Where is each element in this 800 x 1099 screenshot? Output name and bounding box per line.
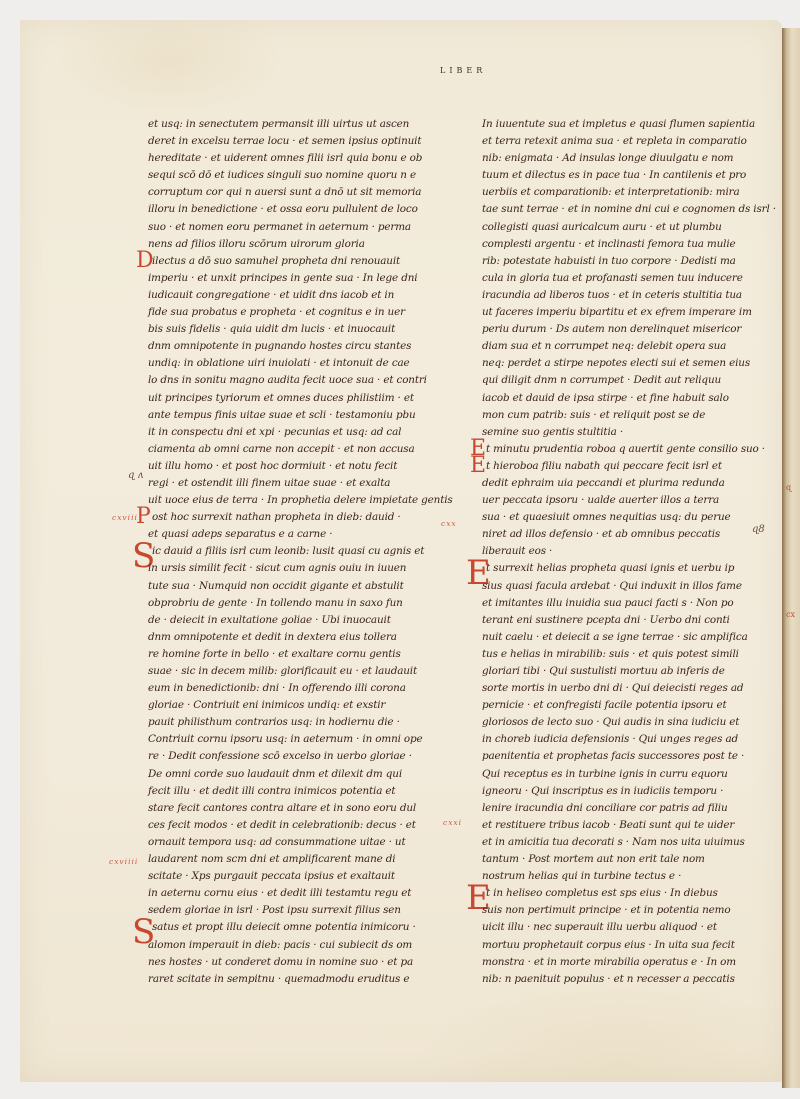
line-text: in ursis similit fecit · sicut cum agnis… (148, 562, 406, 574)
line-text: et imitantes illu inuidia sua pauci fact… (482, 597, 733, 609)
manuscript-line: monstra · et in morte mirabilia operatus… (482, 954, 787, 971)
manuscript-line: in ursis similit fecit · sicut cum agnis… (148, 560, 448, 577)
manuscript-line: gloriae · Contriuit eni inimicos undiq: … (148, 697, 448, 714)
line-text: gloriae · Contriuit eni inimicos undiq: … (148, 699, 385, 711)
line-text: uit illu homo · et post hoc dormiuit · e… (148, 460, 397, 472)
line-text: iacob et dauid de ipsa stirpe · et fine … (482, 392, 729, 404)
manuscript-line: sius quasi facula ardebat · Qui induxit … (482, 578, 787, 595)
line-text: diam sua et n corrumpet neq: delebit ope… (482, 340, 726, 352)
manuscript-line: in choreb iudicia defensionis · Qui unge… (482, 731, 787, 748)
line-text: et quasi adeps separatus e a carne · (148, 528, 332, 540)
red-initial: E (470, 455, 486, 477)
line-text: laudarent nom scm dni et amplificarent m… (148, 853, 395, 865)
manuscript-line: nens ad filios illoru scōrum uirorum glo… (148, 236, 448, 253)
line-text: collegisti quasi auricalcum auru · et ut… (482, 221, 722, 233)
line-text: stare fecit cantores contra altare et in… (148, 802, 416, 814)
line-text: ante tempus finis uitae suae et scli · t… (148, 409, 416, 421)
line-text: In iuuentute sua et impletus e quasi flu… (482, 118, 755, 130)
line-text: Contriuit cornu ipsoru usq: in aeternum … (148, 733, 423, 745)
line-text: bis suis fidelis · quia uidit dm lucis ·… (148, 323, 395, 335)
manuscript-line: Et in heliseo completus est sps eius · I… (482, 885, 787, 902)
line-text: nib: n paenituit populus · et n recesser… (482, 973, 735, 985)
line-text: tus e helias in mirabilib: suis · et qui… (482, 648, 739, 660)
manuscript-line: in aeternu cornu eius · et dedit illi te… (148, 885, 448, 902)
line-text: uicit illu · nec superauit illu uerbu al… (482, 921, 717, 933)
line-text: re homine forte in bello · et exaltare c… (148, 648, 401, 660)
manuscript-line: iracundia ad liberos tuos · et in ceteri… (482, 287, 787, 304)
line-text: it in conspectu dni et xpi · pecunias et… (148, 426, 401, 438)
line-text: raret scitate in sempitnu · quemadmodu e… (148, 973, 409, 985)
manuscript-line: laudarent nom scm dni et amplificarent m… (148, 851, 448, 868)
line-text: mortuu prophetauit corpus eius · In uita… (482, 939, 735, 951)
manuscript-line: sua · et quaesiuit omnes nequitias usq: … (482, 509, 787, 526)
manuscript-line: raret scitate in sempitnu · quemadmodu e… (148, 971, 448, 988)
manuscript-line: terant eni sustinere pcepta dni · Uerbo … (482, 612, 787, 629)
manuscript-line: alomon imperauit in dieb: pacis · cui su… (148, 937, 448, 954)
manuscript-line: Qui receptus es in turbine ignis in curr… (482, 766, 787, 783)
manuscript-line: collegisti quasi auricalcum auru · et ut… (482, 219, 787, 236)
line-text: uer peccata ipsoru · ualde auerter illos… (482, 494, 719, 506)
line-text: ut faceres imperiu bipartitu et ex efrem… (482, 306, 752, 318)
manuscript-line: nuit caelu · et deiecit a se igne terrae… (482, 629, 787, 646)
line-text: ornauit tempora usq: ad consummatione ui… (148, 836, 405, 848)
manuscript-line: pernicie · et confregisti facile potenti… (482, 697, 787, 714)
manuscript-line: eum in benedictionib: dni · In offerendo… (148, 680, 448, 697)
manuscript-line: nostrum helias qui in turbine tectus e · (482, 868, 787, 885)
manuscript-line: Post hoc surrexit nathan propheta in die… (148, 509, 448, 526)
gutter-mark: cx (786, 610, 795, 619)
manuscript-line: lenire iracundia dni conciliare cor patr… (482, 800, 787, 817)
line-text: t hieroboa filiu nabath qui peccare feci… (482, 460, 722, 472)
line-text: eum in benedictionib: dni · In offerendo… (148, 682, 406, 694)
manuscript-line: paenitentia et prophetas facis successor… (482, 748, 787, 765)
manuscript-line: Ssatus et propt illu deiecit omne potent… (148, 919, 448, 936)
manuscript-line: ante tempus finis uitae suae et scli · t… (148, 407, 448, 424)
manuscript-line: undiq: in oblatione uiri inuiolati · et … (148, 355, 448, 372)
manuscript-line: liberauit eos · (482, 543, 787, 560)
line-text: in choreb iudicia defensionis · Qui unge… (482, 733, 738, 745)
line-text: hereditate · et uiderent omnes filii isr… (148, 152, 422, 164)
margin-chapter-number: cxxi (443, 818, 462, 827)
line-text: tuum et dilectus es in pace tua · In can… (482, 169, 746, 181)
line-text: lo dns in sonitu magno audita fecit uoce… (148, 374, 427, 386)
line-text: tae sunt terrae · et in nomine dni cui e… (482, 203, 776, 215)
manuscript-line: dnm omnipotente et dedit in dextera eius… (148, 629, 448, 646)
line-text: corruptum cor qui n auersi sunt a dnō ut… (148, 186, 421, 198)
line-text: undiq: in oblatione uiri inuiolati · et … (148, 357, 410, 369)
line-text: dnm omnipotente et dedit in dextera eius… (148, 631, 397, 643)
manuscript-line: uit uoce eius de terra · In prophetia de… (148, 492, 448, 509)
manuscript-line: gloriosos de lecto suo · Qui audis in si… (482, 714, 787, 731)
line-text: nens ad filios illoru scōrum uirorum glo… (148, 238, 365, 250)
line-text: paenitentia et prophetas facis successor… (482, 750, 744, 762)
manuscript-line: bis suis fidelis · quia uidit dm lucis ·… (148, 321, 448, 338)
margin-annotation: ɋ ʌ (128, 470, 143, 481)
line-text: re · Dedit confessione scō excelso in ue… (148, 750, 412, 762)
manuscript-line: fide sua probatus e propheta · et cognit… (148, 304, 448, 321)
manuscript-line: re · Dedit confessione scō excelso in ue… (148, 748, 448, 765)
manuscript-line: et restituere tribus iacob · Beati sunt … (482, 817, 787, 834)
line-text: t minutu prudentia roboa q auertit gente… (482, 443, 765, 455)
manuscript-line: De omni corde suo laudauit dnm et dilexi… (148, 766, 448, 783)
line-text: fide sua probatus e propheta · et cognit… (148, 306, 405, 318)
manuscript-line: corruptum cor qui n auersi sunt a dnō ut… (148, 184, 448, 201)
manuscript-line: Et surrexit helias propheta quasi ignis … (482, 560, 787, 577)
manuscript-line: suo · et nomen eoru permanet in aeternum… (148, 219, 448, 236)
red-initial: P (136, 506, 151, 528)
line-text: lenire iracundia dni conciliare cor patr… (482, 802, 728, 814)
manuscript-line: Sic dauid a filiis isrl cum leonib: lusi… (148, 543, 448, 560)
manuscript-line: illoru in benedictione · et ossa eoru pu… (148, 201, 448, 218)
manuscript-line: deret in excelsu terrae locu · et semen … (148, 133, 448, 150)
line-text: ost hoc surrexit nathan propheta in dieb… (148, 511, 401, 523)
line-text: ic dauid a filiis isrl cum leonib: lusit… (148, 545, 424, 557)
line-text: suis non pertimuit principe · et in pote… (482, 904, 731, 916)
line-text: pernicie · et confregisti facile potenti… (482, 699, 727, 711)
line-text: fecit illu · et dedit illi contra inimic… (148, 785, 395, 797)
line-text: sua · et quaesiuit omnes nequitias usq: … (482, 511, 731, 523)
line-text: monstra · et in morte mirabilia operatus… (482, 956, 736, 968)
line-text: ces fecit modos · et dedit in celebratio… (148, 819, 416, 831)
manuscript-line: re homine forte in bello · et exaltare c… (148, 646, 448, 663)
manuscript-line: uicit illu · nec superauit illu uerbu al… (482, 919, 787, 936)
line-text: uit principes tyriorum et omnes duces ph… (148, 392, 414, 404)
line-text: scitate · Xps purgauit peccata ipsius et… (148, 870, 395, 882)
manuscript-line: Contriuit cornu ipsoru usq: in aeternum … (148, 731, 448, 748)
running-head: LIBER (440, 66, 486, 75)
manuscript-line: suae · sic in decem milib: glorificauit … (148, 663, 448, 680)
manuscript-line: nib: n paenituit populus · et n recesser… (482, 971, 787, 988)
line-text: iracundia ad liberos tuos · et in ceteri… (482, 289, 742, 301)
manuscript-line: sequi scō dō et iudices singuli suo nomi… (148, 167, 448, 184)
line-text: Qui receptus es in turbine ignis in curr… (482, 768, 728, 780)
line-text: regi · et ostendit illi finem uitae suae… (148, 477, 390, 489)
manuscript-line: igneoru · Qui inscriptus es in iudiciis … (482, 783, 787, 800)
line-text: et terra retexit anima sua · et repleta … (482, 135, 747, 147)
manuscript-line: suis non pertimuit principe · et in pote… (482, 902, 787, 919)
line-text: ciamenta ab omni carne non accepit · et … (148, 443, 415, 455)
manuscript-line: scitate · Xps purgauit peccata ipsius et… (148, 868, 448, 885)
manuscript-line: iacob et dauid de ipsa stirpe · et fine … (482, 390, 787, 407)
manuscript-line: sorte mortis in uerbo dni di · Qui deiec… (482, 680, 787, 697)
line-text: ilectus a dō suo samuhel propheta dni re… (148, 255, 400, 267)
line-text: qui diligit dnm n corrumpet · Dedit aut … (482, 374, 721, 386)
manuscript-line: Et minutu prudentia roboa q auertit gent… (482, 441, 787, 458)
manuscript-line: ciamenta ab omni carne non accepit · et … (148, 441, 448, 458)
manuscript-line: sedem gloriae in isrl · Post ipsu surrex… (148, 902, 448, 919)
line-text: obprobriu de gente · In tollendo manu in… (148, 597, 403, 609)
manuscript-line: stare fecit cantores contra altare et in… (148, 800, 448, 817)
line-text: sorte mortis in uerbo dni di · Qui deiec… (482, 682, 743, 694)
manuscript-line: nib: enigmata · Ad insulas longe diuulga… (482, 150, 787, 167)
manuscript-line: ut faceres imperiu bipartitu et ex efrem… (482, 304, 787, 321)
manuscript-line: dnm omnipotente in pugnando hostes circu… (148, 338, 448, 355)
manuscript-line: hereditate · et uiderent omnes filii isr… (148, 150, 448, 167)
line-text: suo · et nomen eoru permanet in aeternum… (148, 221, 411, 233)
line-text: dedit ephraim uia peccandi et plurima re… (482, 477, 725, 489)
line-text: nostrum helias qui in turbine tectus e · (482, 870, 681, 882)
manuscript-line: In iuuentute sua et impletus e quasi flu… (482, 116, 787, 133)
manuscript-line: gloriari tibi · Qui sustulisti mortuu ab… (482, 663, 787, 680)
manuscript-line: tus e helias in mirabilib: suis · et qui… (482, 646, 787, 663)
line-text: t surrexit helias propheta quasi ignis e… (482, 562, 734, 574)
manuscript-line: complesti argentu · et inclinasti femora… (482, 236, 787, 253)
line-text: in aeternu cornu eius · et dedit illi te… (148, 887, 411, 899)
manuscript-line: qui diligit dnm n corrumpet · Dedit aut … (482, 372, 787, 389)
line-text: semine suo gentis stultitia · (482, 426, 623, 438)
manuscript-line: mortuu prophetauit corpus eius · In uita… (482, 937, 787, 954)
manuscript-viewer: ɋ cx LIBER et usq: in senectutem permans… (0, 0, 800, 1099)
line-text: iudicauit congregatione · et uidit dns i… (148, 289, 394, 301)
left-text-column: et usq: in senectutem permansit illi uir… (148, 116, 448, 988)
manuscript-line: tuum et dilectus es in pace tua · In can… (482, 167, 787, 184)
manuscript-line: Et hieroboa filiu nabath qui peccare fec… (482, 458, 787, 475)
margin-annotation: ɋ8 (752, 524, 765, 535)
manuscript-line: ces fecit modos · et dedit in celebratio… (148, 817, 448, 834)
line-text: nuit caelu · et deiecit a se igne terrae… (482, 631, 748, 643)
line-text: liberauit eos · (482, 545, 552, 557)
manuscript-line: uer peccata ipsoru · ualde auerter illos… (482, 492, 787, 509)
manuscript-line: cula in gloria tua et profanasti semen t… (482, 270, 787, 287)
line-text: igneoru · Qui inscriptus es in iudiciis … (482, 785, 723, 797)
manuscript-line: fecit illu · et dedit illi contra inimic… (148, 783, 448, 800)
line-text: complesti argentu · et inclinasti femora… (482, 238, 736, 250)
line-text: gloriari tibi · Qui sustulisti mortuu ab… (482, 665, 725, 677)
line-text: gloriosos de lecto suo · Qui audis in si… (482, 716, 739, 728)
line-text: nes hostes · ut conderet domu in nomine … (148, 956, 413, 968)
manuscript-line: periu durum · Ds autem non derelinquet m… (482, 321, 787, 338)
manuscript-line: et terra retexit anima sua · et repleta … (482, 133, 787, 150)
line-text: pauit philisthum contrarios usq: in hodi… (148, 716, 400, 728)
line-text: uerbiis et comparationib: et interpretat… (482, 186, 740, 198)
manuscript-line: uit illu homo · et post hoc dormiuit · e… (148, 458, 448, 475)
line-text: rib: potestate habuisti in tuo corpore ·… (482, 255, 736, 267)
manuscript-line: Dilectus a dō suo samuhel propheta dni r… (148, 253, 448, 270)
line-text: mon cum patrib: suis · et reliquit post … (482, 409, 705, 421)
manuscript-line: iudicauit congregatione · et uidit dns i… (148, 287, 448, 304)
line-text: periu durum · Ds autem non derelinquet m… (482, 323, 741, 335)
line-text: sius quasi facula ardebat · Qui induxit … (482, 580, 742, 592)
line-text: sedem gloriae in isrl · Post ipsu surrex… (148, 904, 401, 916)
line-text: imperiu · et unxit principes in gente su… (148, 272, 417, 284)
manuscript-line: et usq: in senectutem permansit illi uir… (148, 116, 448, 133)
line-text: tute sua · Numquid non occidit gigante e… (148, 580, 404, 592)
manuscript-line: et imitantes illu inuidia sua pauci fact… (482, 595, 787, 612)
line-text: nib: enigmata · Ad insulas longe diuulga… (482, 152, 733, 164)
manuscript-line: diam sua et n corrumpet neq: delebit ope… (482, 338, 787, 355)
manuscript-line: uerbiis et comparationib: et interpretat… (482, 184, 787, 201)
line-text: tantum · Post mortem aut non erit tale n… (482, 853, 705, 865)
manuscript-line: dedit ephraim uia peccandi et plurima re… (482, 475, 787, 492)
line-text: deret in excelsu terrae locu · et semen … (148, 135, 421, 147)
manuscript-line: uit principes tyriorum et omnes duces ph… (148, 390, 448, 407)
line-text: alomon imperauit in dieb: pacis · cui su… (148, 939, 412, 951)
manuscript-line: obprobriu de gente · In tollendo manu in… (148, 595, 448, 612)
margin-chapter-number: cxx (441, 519, 457, 528)
line-text: terant eni sustinere pcepta dni · Uerbo … (482, 614, 730, 626)
margin-chapter-number: cxviiii (109, 857, 138, 866)
manuscript-line: mon cum patrib: suis · et reliquit post … (482, 407, 787, 424)
manuscript-line: niret ad illos defensio · et ab omnibus … (482, 526, 787, 543)
line-text: et in amicitia tua decorati s · Nam nos … (482, 836, 745, 848)
manuscript-line: imperiu · et unxit principes in gente su… (148, 270, 448, 287)
manuscript-line: tute sua · Numquid non occidit gigante e… (148, 578, 448, 595)
manuscript-line: et in amicitia tua decorati s · Nam nos … (482, 834, 787, 851)
manuscript-line: nes hostes · ut conderet domu in nomine … (148, 954, 448, 971)
manuscript-line: regi · et ostendit illi finem uitae suae… (148, 475, 448, 492)
manuscript-line: pauit philisthum contrarios usq: in hodi… (148, 714, 448, 731)
margin-chapter-number: cxviii (112, 513, 138, 522)
manuscript-line: et quasi adeps separatus e a carne · (148, 526, 448, 543)
right-text-column: In iuuentute sua et impletus e quasi flu… (482, 116, 787, 988)
line-text: suae · sic in decem milib: glorificauit … (148, 665, 417, 677)
line-text: cula in gloria tua et profanasti semen t… (482, 272, 743, 284)
manuscript-line: lo dns in sonitu magno audita fecit uoce… (148, 372, 448, 389)
manuscript-line: neq: perdet a stirpe nepotes electi sui … (482, 355, 787, 372)
line-text: neq: perdet a stirpe nepotes electi sui … (482, 357, 750, 369)
manuscript-line: it in conspectu dni et xpi · pecunias et… (148, 424, 448, 441)
red-initial: D (136, 250, 154, 272)
line-text: uit uoce eius de terra · In prophetia de… (148, 494, 453, 506)
line-text: t in heliseo completus est sps eius · In… (482, 887, 718, 899)
manuscript-line: ornauit tempora usq: ad consummatione ui… (148, 834, 448, 851)
line-text: de · deiecit in exultatione goliae · Ubi… (148, 614, 391, 626)
manuscript-line: de · deiecit in exultatione goliae · Ubi… (148, 612, 448, 629)
manuscript-line: rib: potestate habuisti in tuo corpore ·… (482, 253, 787, 270)
line-text: satus et propt illu deiecit omne potenti… (148, 921, 416, 933)
manuscript-line: tae sunt terrae · et in nomine dni cui e… (482, 201, 787, 218)
line-text: illoru in benedictione · et ossa eoru pu… (148, 203, 418, 215)
line-text: dnm omnipotente in pugnando hostes circu… (148, 340, 411, 352)
manuscript-line: semine suo gentis stultitia · (482, 424, 787, 441)
line-text: et restituere tribus iacob · Beati sunt … (482, 819, 734, 831)
line-text: et usq: in senectutem permansit illi uir… (148, 118, 409, 130)
line-text: sequi scō dō et iudices singuli suo nomi… (148, 169, 416, 181)
manuscript-line: tantum · Post mortem aut non erit tale n… (482, 851, 787, 868)
line-text: niret ad illos defensio · et ab omnibus … (482, 528, 720, 540)
line-text: De omni corde suo laudauit dnm et dilexi… (148, 768, 402, 780)
